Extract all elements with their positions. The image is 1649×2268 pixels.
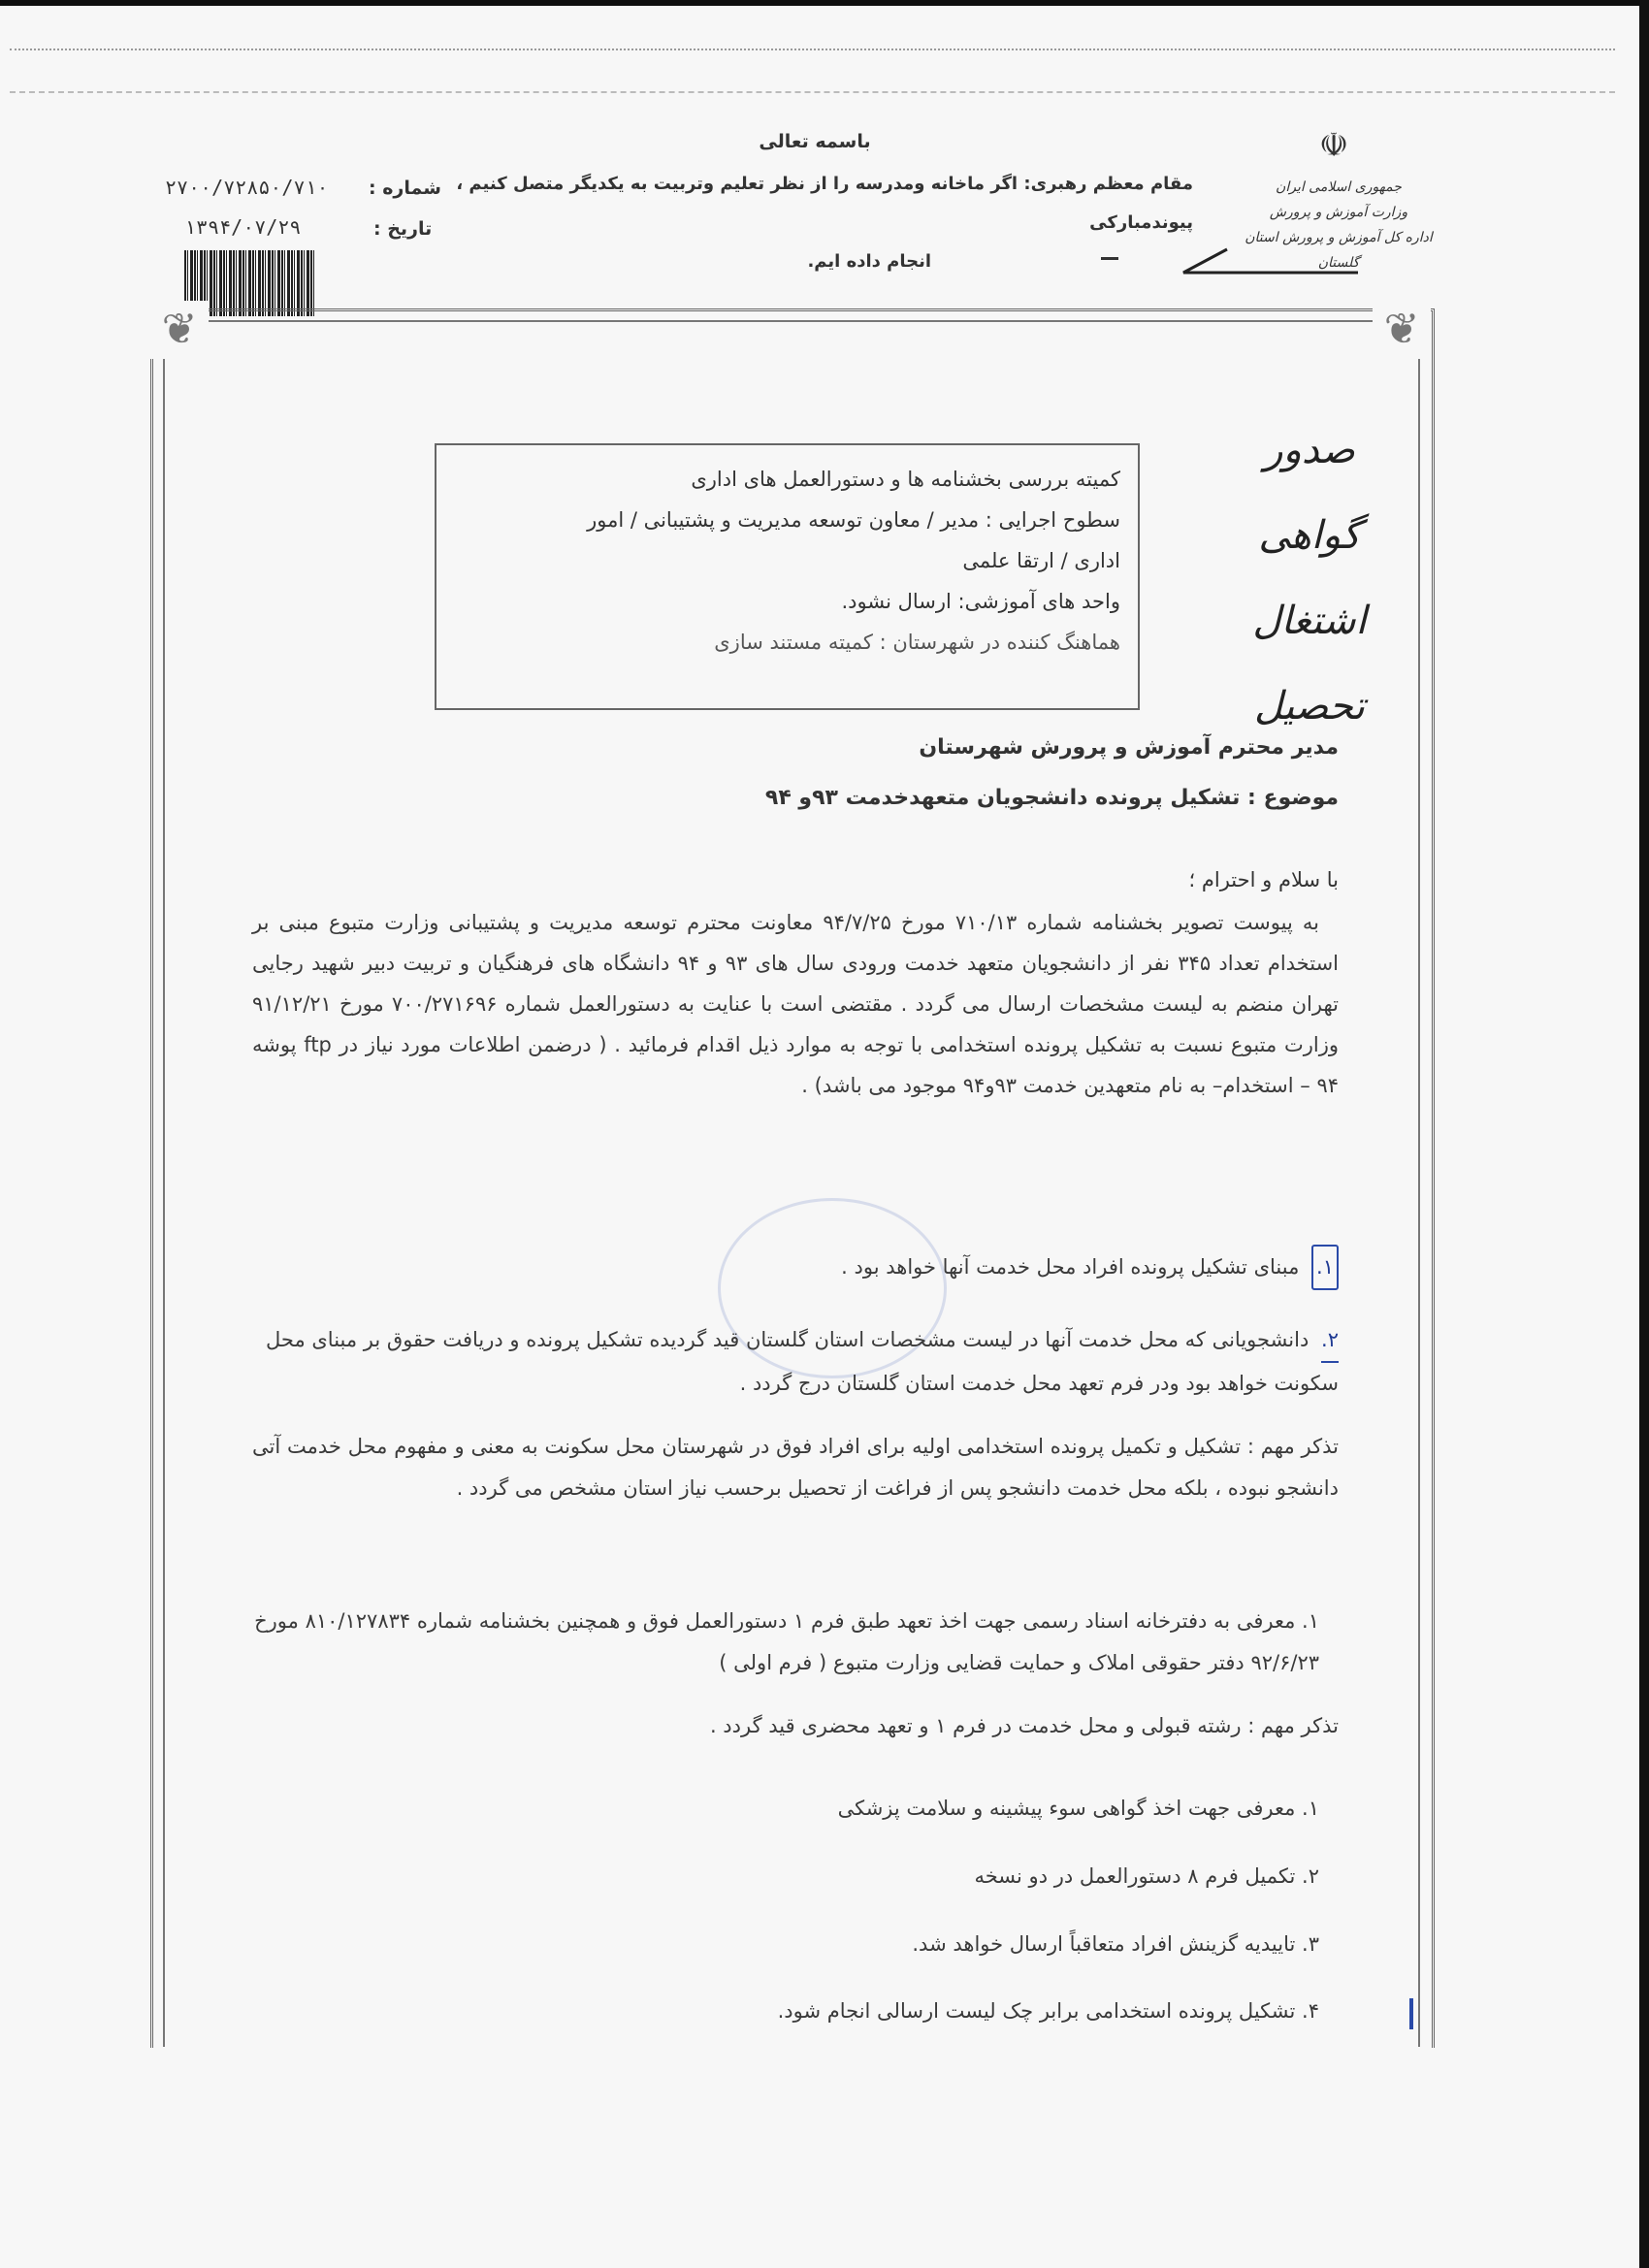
handwritten-note: صدور گواهی اشتغال تحصیل xyxy=(1208,407,1411,749)
ornament-corner-icon: ❦ xyxy=(1373,301,1431,359)
letter-number: ۲۷۰۰/۷۲۸۵۰/۷۱۰ xyxy=(165,176,329,199)
important-note: تذکر مهم : رشته قبولی و محل خدمت در فرم … xyxy=(252,1714,1339,1737)
item-number: ۲. xyxy=(1321,1319,1339,1363)
handwritten-line: اشتغال xyxy=(1208,578,1411,664)
item-number: ۱. xyxy=(1302,1797,1319,1820)
list-item: ۱. معرفی جهت اخذ گواهی سوء پیشینه و سلام… xyxy=(252,1788,1339,1830)
item-text: معرفی جهت اخذ گواهی سوء پیشینه و سلامت پ… xyxy=(838,1797,1296,1820)
item-text: مبنای تشکیل پرونده افراد محل خدمت آنها خ… xyxy=(841,1255,1299,1279)
recipient: مدیر محترم آموزش و پرورش شهرستان xyxy=(485,735,1339,760)
item-text: تشکیل پرونده استخدامی برابر چک لیست ارسا… xyxy=(778,1999,1296,2023)
important-note: تذکر مهم : تشکیل و تکمیل پرونده استخدامی… xyxy=(252,1426,1339,1509)
item-text: تکمیل فرم ۸ دستورالعمل در دو نسخه xyxy=(974,1864,1295,1888)
item-number: ۲. xyxy=(1302,1864,1319,1888)
handwritten-line: صدور گواهی xyxy=(1208,407,1411,578)
leader-quote: مقام معظم رهبری: اگر ماخانه ومدرسه را از… xyxy=(417,165,1193,281)
committee-line: سطوح اجرایی : مدیر / معاون توسعه مدیریت … xyxy=(454,500,1120,540)
list-item: ۱. معرفی به دفترخانه اسناد رسمی جهت اخذ … xyxy=(252,1601,1339,1684)
greeting: با سلام و احترام ؛ xyxy=(679,868,1339,891)
basmala: باسمه تعالی xyxy=(718,131,912,152)
item-number: ۱. xyxy=(1302,1609,1319,1633)
subject-line: موضوع : تشکیل پرونده دانشجویان متعهدخدمت… xyxy=(485,786,1339,810)
committee-line: کمیته بررسی بخشنامه ها و دستورالعمل های … xyxy=(454,459,1120,500)
iran-emblem-icon: ☫ xyxy=(1314,126,1353,165)
item-number: ۴. xyxy=(1302,1999,1319,2023)
item-number: ۳. xyxy=(1302,1932,1319,1956)
leader-quote-line: مقام معظم رهبری: اگر ماخانه ومدرسه را از… xyxy=(417,165,1193,243)
letterhead-line: جمهوری اسلامی ایران xyxy=(1242,175,1436,200)
intro-paragraph: به پیوست تصویر بخشنامه شماره ۷۱۰/۱۳ مورخ… xyxy=(252,902,1339,1106)
leader-quote-line: انجام داده ایم. xyxy=(417,243,1193,281)
scan-edge xyxy=(0,0,1649,6)
ornament-corner-icon: ❦ xyxy=(150,301,209,359)
item-number: ۱. xyxy=(1311,1245,1339,1290)
list-item: ۳. تاییدیه گزینش افراد متعاقباً ارسال خو… xyxy=(252,1924,1339,1965)
item-text: دانشجویانی که محل خدمت آنها در لیست مشخص… xyxy=(266,1328,1339,1395)
fold-line xyxy=(10,91,1615,93)
list-item: ۲. دانشجویانی که محل خدمت آنها در لیست م… xyxy=(252,1319,1339,1405)
letter-date: ۱۳۹۴/۰۷/۲۹ xyxy=(184,215,301,239)
fold-line xyxy=(10,49,1615,50)
item-text: معرفی به دفترخانه اسناد رسمی جهت اخذ تعه… xyxy=(254,1609,1319,1674)
signature-stroke-icon xyxy=(1179,247,1363,276)
date-label: تاریخ : xyxy=(373,218,432,240)
letterhead-line: وزارت آموزش و پرورش xyxy=(1242,200,1436,225)
list-item: ۴. تشکیل پرونده استخدامی برابر چک لیست ا… xyxy=(252,1991,1339,2032)
committee-line: واحد های آموزشی: ارسال نشود. xyxy=(454,581,1120,622)
list-item: ۱. مبنای تشکیل پرونده افراد محل خدمت آنه… xyxy=(252,1245,1339,1290)
committee-line: اداری / ارتقا علمی xyxy=(454,540,1120,581)
committee-line: هماهنگ کننده در شهرستان : کمیته مستند سا… xyxy=(454,622,1120,663)
committee-box: کمیته بررسی بخشنامه ها و دستورالعمل های … xyxy=(435,443,1140,710)
item-text: تاییدیه گزینش افراد متعاقباً ارسال خواهد… xyxy=(912,1932,1295,1956)
pen-mark xyxy=(1409,1998,1413,2029)
list-item: ۲. تکمیل فرم ۸ دستورالعمل در دو نسخه xyxy=(252,1856,1339,1897)
scan-edge xyxy=(1639,0,1649,2268)
number-label: شماره : xyxy=(369,178,441,199)
